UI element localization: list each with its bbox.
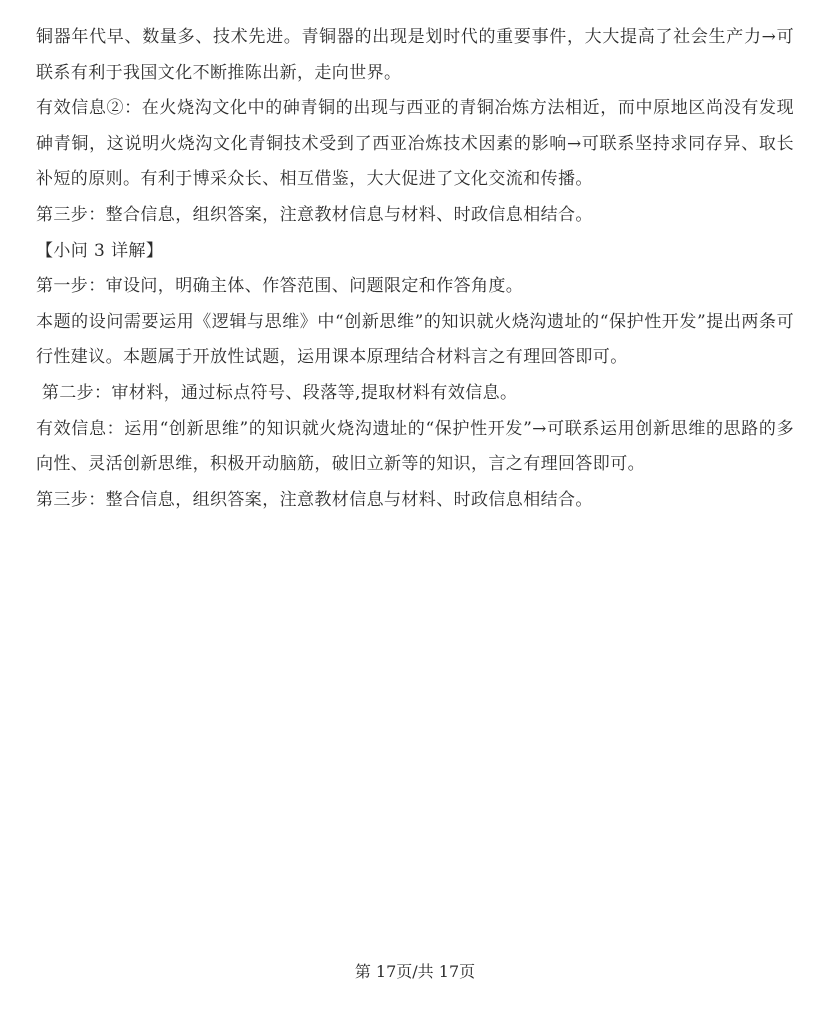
paragraph-effective-info-2: 有效信息②：在火烧沟文化中的砷青铜的出现与西亚的青铜冶炼方法相近，而中原地区尚没… bbox=[36, 91, 794, 198]
paragraph-question-setup: 本题的设问需要运用《逻辑与思维》中“创新思维”的知识就火烧沟遗址的“保护性开发”… bbox=[36, 305, 794, 376]
paragraph-step3-second: 第三步：整合信息，组织答案，注意教材信息与材料、时政信息相结合。 bbox=[36, 483, 794, 519]
document-page: 铜器年代早、数量多、技术先进。青铜器的出现是划时代的重要事件，大大提高了社会生产… bbox=[0, 0, 830, 1013]
paragraph-bronze-significance: 铜器年代早、数量多、技术先进。青铜器的出现是划时代的重要事件，大大提高了社会生产… bbox=[36, 20, 794, 91]
paragraph-step2: 第二步：审材料，通过标点符号、段落等,提取材料有效信息。 bbox=[36, 376, 794, 412]
answer-explanation-text: 铜器年代早、数量多、技术先进。青铜器的出现是划时代的重要事件，大大提高了社会生产… bbox=[36, 20, 794, 518]
heading-subquestion-3: 【小问 3 详解】 bbox=[36, 234, 794, 270]
paragraph-step3-first: 第三步：整合信息，组织答案，注意教材信息与材料、时政信息相结合。 bbox=[36, 198, 794, 234]
paragraph-effective-info: 有效信息：运用“创新思维”的知识就火烧沟遗址的“保护性开发”→可联系运用创新思维… bbox=[36, 412, 794, 483]
page-number-indicator: 第 17页/共 17页 bbox=[0, 960, 830, 984]
paragraph-step1: 第一步：审设问，明确主体、作答范围、问题限定和作答角度。 bbox=[36, 269, 794, 305]
